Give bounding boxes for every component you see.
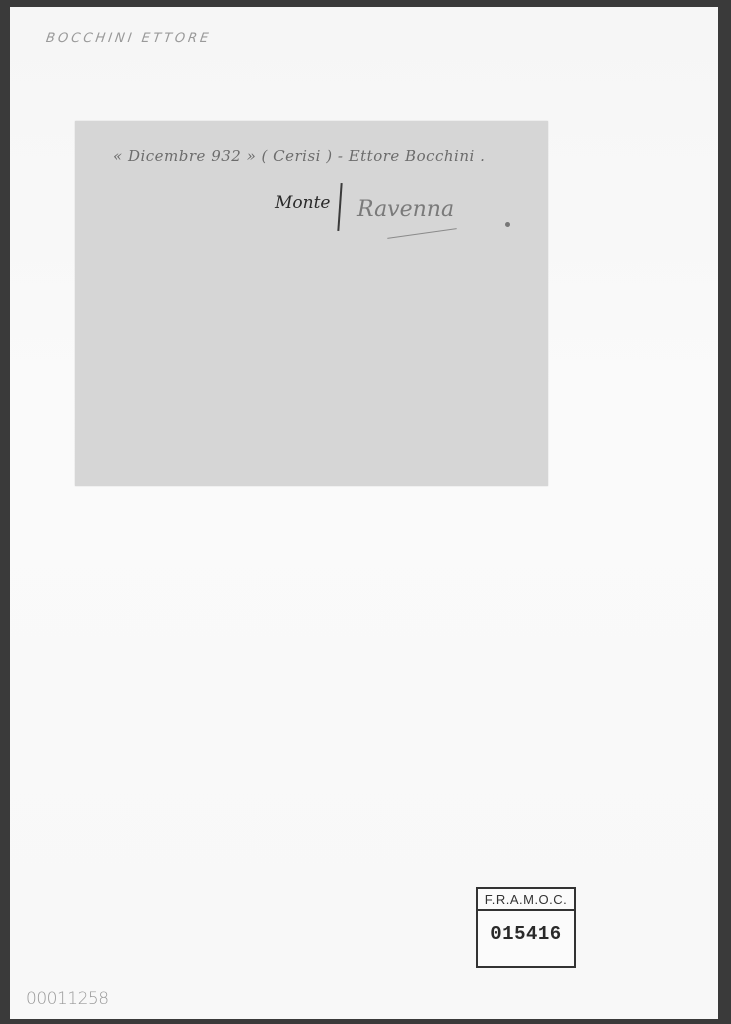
ink-dot: [505, 222, 510, 227]
signature-separator: [337, 183, 342, 231]
handwritten-caption: « Dicembre 932 » ( Cerisi ) - Ettore Boc…: [113, 147, 485, 165]
signature-city: Ravenna: [357, 197, 454, 222]
pencil-header-name: BOCCHINI ETTORE: [45, 31, 212, 46]
archive-sheet: BOCCHINI ETTORE « Dicembre 932 » ( Ceris…: [10, 7, 718, 1019]
signature-underline: [387, 228, 456, 239]
mounted-card: « Dicembre 932 » ( Cerisi ) - Ettore Boc…: [75, 121, 548, 486]
stamp-header: F.R.A.M.O.C.: [478, 889, 574, 911]
archive-stamp: F.R.A.M.O.C. 015416: [476, 887, 576, 968]
pencil-inventory-number: 00011258: [26, 989, 109, 1009]
signature-place: Monte: [275, 193, 330, 213]
stamp-number: 015416: [478, 923, 574, 945]
